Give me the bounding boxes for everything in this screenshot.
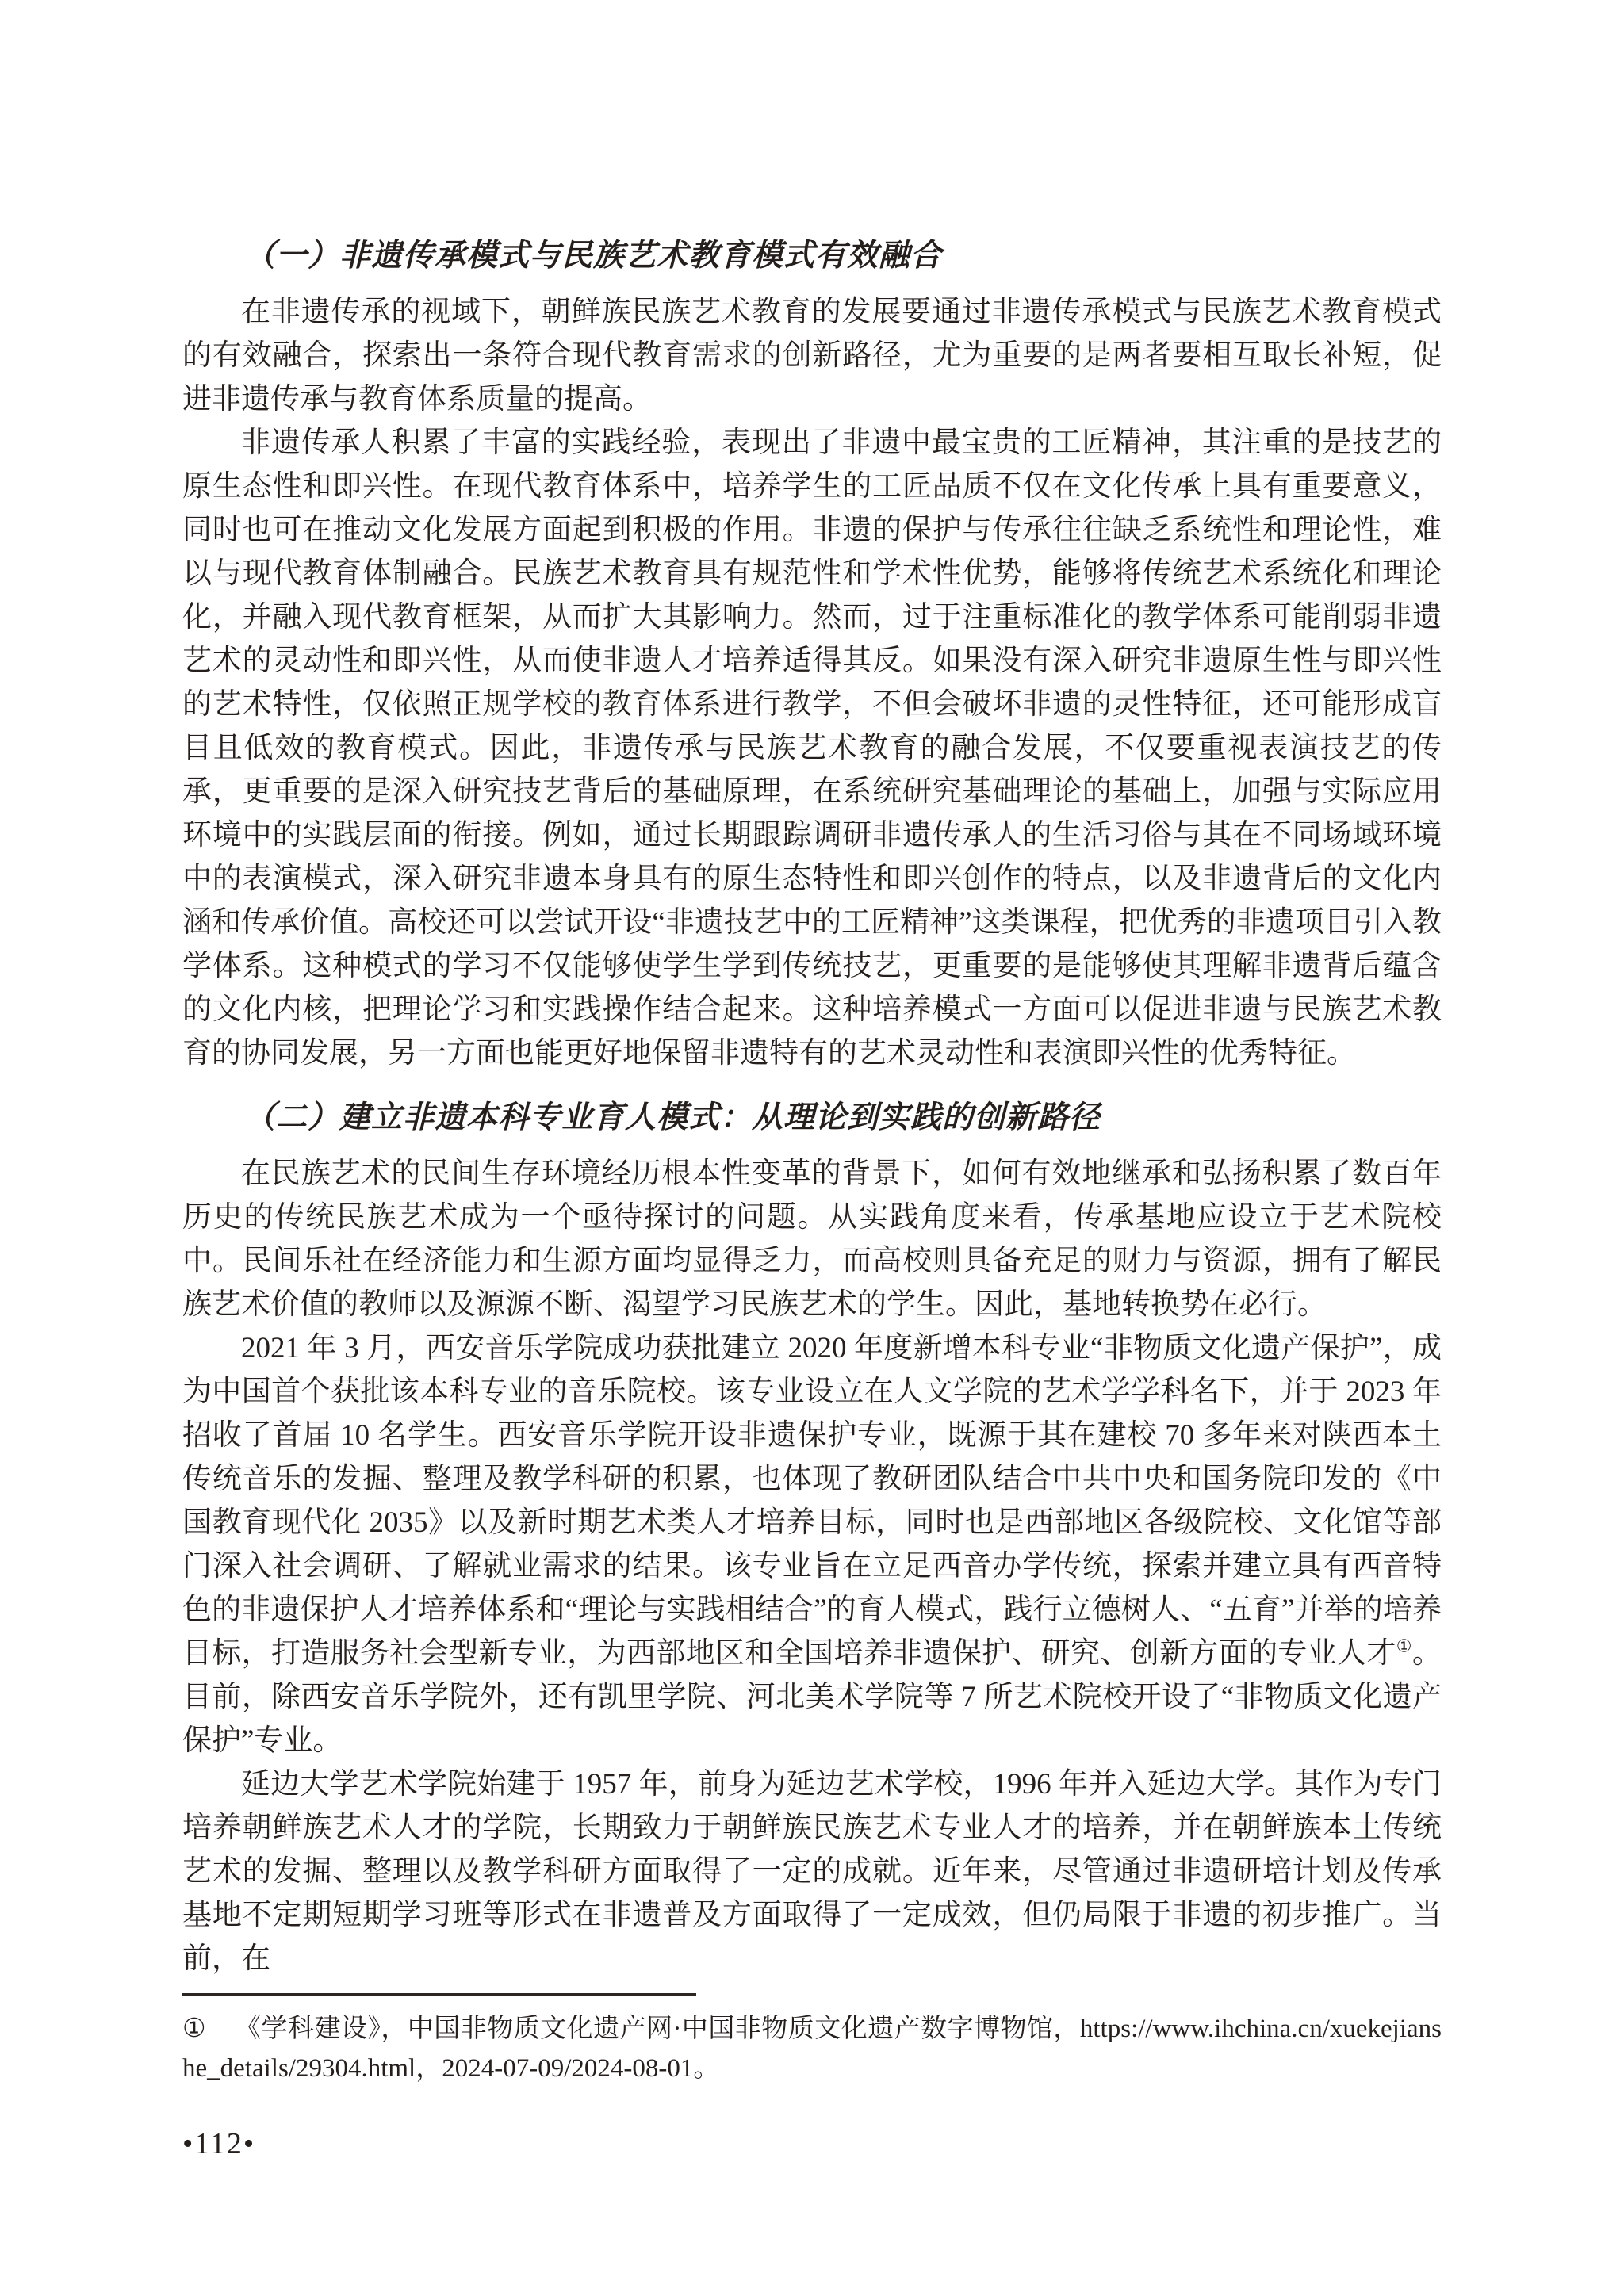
body-paragraph-4: 2021 年 3 月，西安音乐学院成功获批建立 2020 年度新增本科专业“非物… xyxy=(182,1326,1442,1762)
body-paragraph-2: 非遗传承人积累了丰富的实践经验，表现出了非遗中最宝贵的工匠精神，其注重的是技艺的… xyxy=(182,421,1442,1075)
footnote-marker: ① xyxy=(182,2015,206,2043)
section-heading-2: （二）建立非遗本科专业育人模式：从理论到实践的创新路径 xyxy=(182,1097,1442,1138)
body-paragraph-3: 在民族艺术的民间生存环境经历根本性变革的背景下，如何有效地继承和弘扬积累了数百年… xyxy=(182,1152,1442,1326)
footnote-dates: ，2024-07-09/2024-08-01。 xyxy=(416,2054,719,2083)
footnote-area: ①《学科建设》，中国非物质文化遗产网·中国非物质文化遗产数字博物馆，https:… xyxy=(182,1993,1442,2161)
section-heading-1: （一）非遗传承模式与民族艺术教育模式有效融合 xyxy=(182,235,1442,277)
footnote: ①《学科建设》，中国非物质文化遗产网·中国非物质文化遗产数字博物馆，https:… xyxy=(182,2009,1442,2088)
body-paragraph-5: 延边大学艺术学院始建于 1957 年，前身为延边艺术学校，1996 年并入延边大… xyxy=(182,1762,1442,1980)
footnote-source-text: 《学科建设》，中国非物质文化遗产网·中国非物质文化遗产数字博物馆， xyxy=(235,2015,1080,2043)
paper-page: （一）非遗传承模式与民族艺术教育模式有效融合 在非遗传承的视域下，朝鲜族民族艺术… xyxy=(0,0,1624,2296)
page-number: •112• xyxy=(182,2126,1442,2161)
article-body: （一）非遗传承模式与民族艺术教育模式有效融合 在非遗传承的视域下，朝鲜族民族艺术… xyxy=(182,235,1442,1980)
footnote-separator xyxy=(182,1993,696,1996)
body-paragraph-1: 在非遗传承的视域下，朝鲜族民族艺术教育的发展要通过非遗传承模式与民族艺术教育模式… xyxy=(182,290,1442,421)
